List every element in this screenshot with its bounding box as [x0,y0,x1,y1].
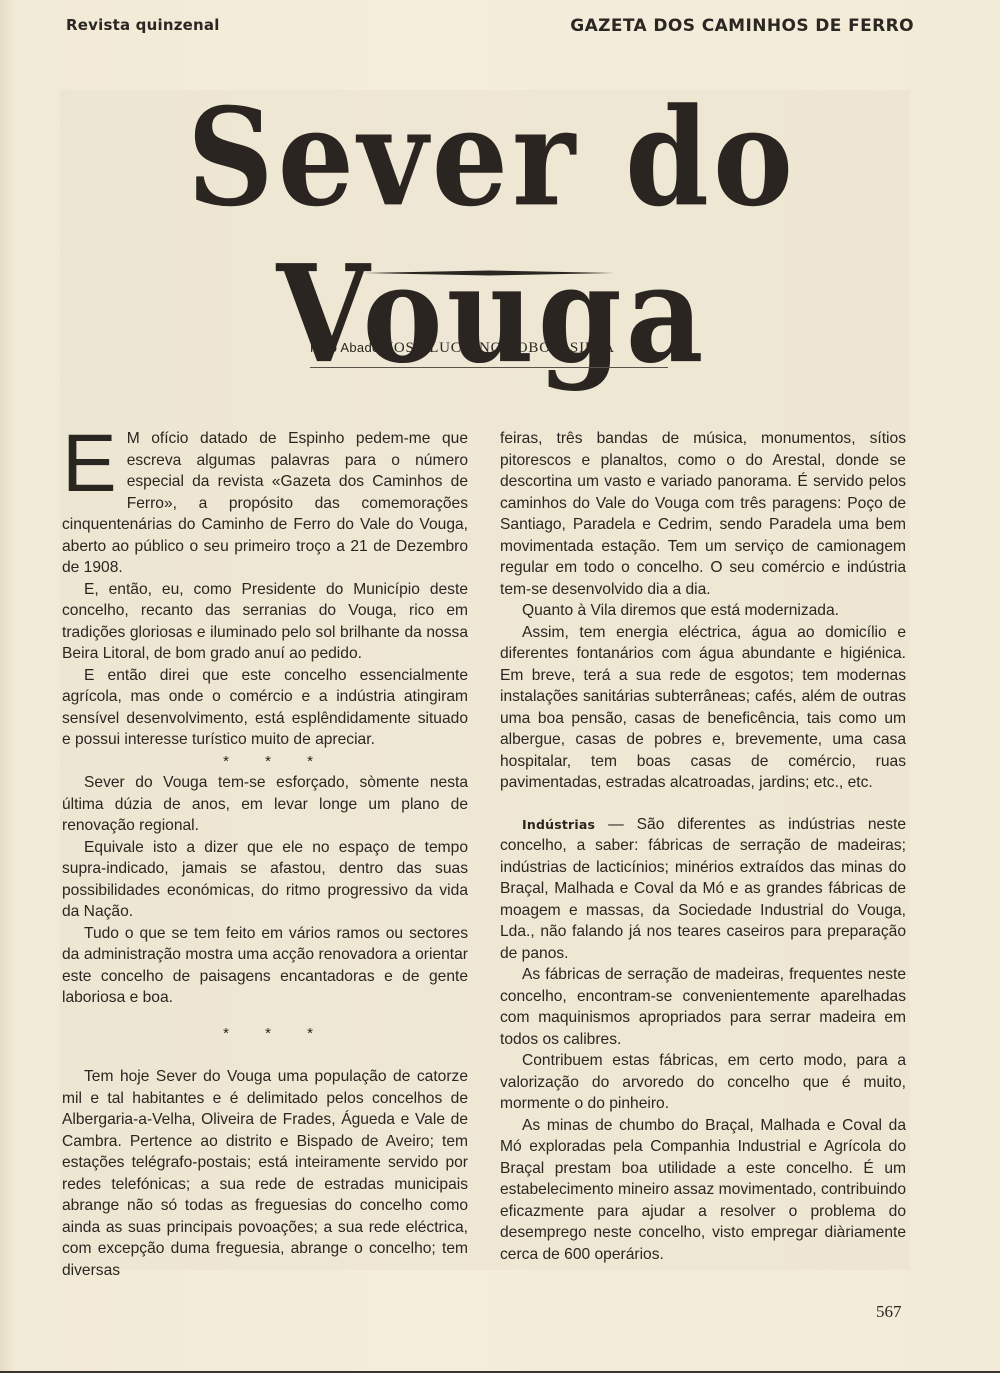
paragraph: Quanto à Vila diremos que está moderniza… [500,600,906,622]
paragraph: Equivale isto a dizer que ele no espaço … [62,837,468,923]
paragraph-text: — São diferentes as indústrias neste con… [500,816,906,962]
section-heading-industrias: Indústrias [522,817,595,832]
industries-paragraph: Indústrias — São diferentes as indústria… [500,814,906,965]
text-column-left: EM ofício datado de Espinho pedem-me que… [62,428,468,1281]
paragraph: Contribuem estas fábricas, em certo modo… [500,1050,906,1115]
paragraph: Tudo o que se tem feito em vários ramos … [62,923,468,1009]
text-column-right: feiras, três bandas de música, monumento… [500,428,906,1265]
section-separator: * * * [62,751,468,773]
byline-prefix: Pelo Abade [310,340,380,355]
spacer [500,794,906,814]
magazine-name: GAZETA DOS CAMINHOS DE FERRO [570,16,914,36]
paragraph: Assim, tem energia eléctrica, água ao do… [500,622,906,794]
paragraph: Tem hoje Sever do Vouga uma população de… [62,1066,468,1281]
title-ornamental-rule [364,270,614,276]
running-head: Revista quinzenal GAZETA DOS CAMINHOS DE… [0,16,1000,40]
opening-paragraph: EM ofício datado de Espinho pedem-me que… [62,428,468,579]
byline: Pelo Abade JOSÈ LUCIANO LOBO E SILVA [310,340,668,368]
paragraph-text: M ofício datado de Espinho pedem-me que … [62,430,468,576]
paragraph: E então direi que este concelho essencia… [62,665,468,751]
byline-author: JOSÈ LUCIANO LOBO E SILVA [387,340,615,356]
drop-cap: E [62,432,117,496]
section-separator: * * * [62,1023,468,1045]
paragraph: Sever do Vouga tem-se esforçado, sòmente… [62,772,468,837]
page-number: 567 [876,1302,902,1322]
paragraph: E, então, eu, como Presidente do Municíp… [62,579,468,665]
paragraph-continued: feiras, três bandas de música, monumento… [500,428,906,600]
paragraph: As fábricas de serração de madeiras, fre… [500,964,906,1050]
magazine-page: Revista quinzenal GAZETA DOS CAMINHOS DE… [0,0,1000,1373]
tapered-rule-icon [364,270,614,276]
paragraph: As minas de chumbo do Braçal, Malhada e … [500,1115,906,1266]
magazine-frequency-label: Revista quinzenal [66,16,220,34]
